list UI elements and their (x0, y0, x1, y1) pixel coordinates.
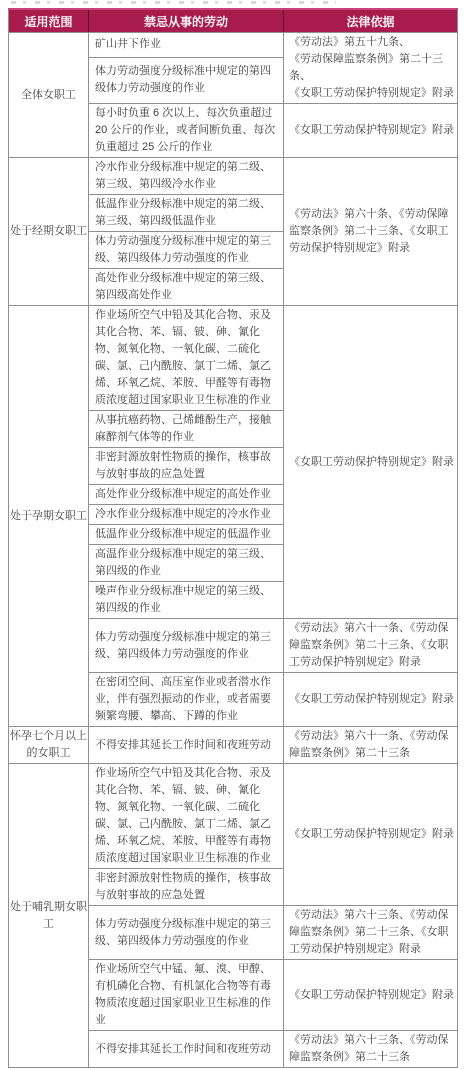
work-cell: 非密封源放射性物质的操作，核事故与放射事故的应急处置 (89, 869, 284, 906)
work-cell: 非密封源放射性物质的操作，核事故与放射事故的应急处置 (89, 448, 284, 485)
work-cell: 体力劳动强度分级标准中规定的第三级、第四级体力劳动强度的作业 (89, 906, 284, 960)
legal-cell: 《劳动法》第六十三条、《劳动保障监察条例》第二十三条 (284, 1031, 458, 1068)
work-cell: 冷水作业分级标准中规定的冷水作业 (89, 505, 284, 525)
table-row: 处于经期女职工冷水作业分级标准中规定的第二级、第三级、第四级冷水作业《劳动法》第… (9, 158, 458, 195)
scope-cell: 处于经期女职工 (9, 158, 89, 306)
work-cell: 噪声作业分级标准中规定的第三级、第四级的作业 (89, 582, 284, 619)
table-row: 怀孕七个月以上的女职工不得安排其延长工作时间和夜班劳动《劳动法》第六十一条、《劳… (9, 727, 458, 764)
work-cell: 从事抗癌药物、己烯雌酚生产，接触麻醉剂气体等的作业 (89, 411, 284, 448)
scope-cell: 处于哺乳期女职工 (9, 764, 89, 1068)
work-cell: 作业场所空气中锰、氟、溴、甲醇、有机磷化合物、有机氯化合物等有毒物质浓度超过国家… (89, 960, 284, 1031)
work-cell: 冷水作业分级标准中规定的第二级、第三级、第四级冷水作业 (89, 158, 284, 195)
legal-cell: 《劳动法》第五十九条、 《劳动保障监察条例》第二十三条、 《女职工劳动保护特别规… (284, 33, 458, 104)
legal-cell: 《劳动法》第六十一条、《劳动保障监察条例》第二十三条、《女职工劳动保护特别规定》… (284, 619, 458, 673)
work-cell: 在密闭空间、高压室作业或者潜水作业，伴有强烈振动的作业，或者需要频繁弯腰、攀高、… (89, 673, 284, 727)
scope-cell: 怀孕七个月以上的女职工 (9, 727, 89, 764)
table-row: 全体女职工矿山井下作业《劳动法》第五十九条、 《劳动保障监察条例》第二十三条、 … (9, 33, 458, 58)
work-cell: 体力劳动强度分级标准中规定的第三级、第四级体力劳动强度的作业 (89, 619, 284, 673)
table-header: 适用范围 禁忌从事的劳动 法律依据 (9, 9, 458, 33)
legal-cell: 《女职工劳动保护特别规定》附录 (284, 960, 458, 1031)
table-row: 处于孕期女职工作业场所空气中铅及其化合物、汞及其化合物、苯、镉、铍、砷、氰化物、… (9, 306, 458, 411)
legal-cell: 《女职工劳动保护特别规定》附录 (284, 306, 458, 619)
legal-cell: 《女职工劳动保护特别规定》附录 (284, 764, 458, 906)
scope-cell: 全体女职工 (9, 33, 89, 158)
work-cell: 低温作业分级标准中规定的低温作业 (89, 525, 284, 545)
column-header-legal-basis: 法律依据 (284, 9, 458, 33)
work-cell: 低温作业分级标准中规定的第二级、第三级、第四级低温作业 (89, 195, 284, 232)
work-cell: 不得安排其延长工作时间和夜班劳动 (89, 1031, 284, 1068)
table-row: 处于哺乳期女职工作业场所空气中铅及其化合物、汞及其化合物、苯、镉、铍、砷、氰化物… (9, 764, 458, 869)
cropped-text-artifact (11, 1, 336, 4)
work-cell: 体力劳动强度分级标准中规定的第三级、第四级体力劳动强度的作业 (89, 232, 284, 269)
column-header-scope: 适用范围 (9, 9, 89, 33)
work-cell: 作业场所空气中铅及其化合物、汞及其化合物、苯、镉、铍、砷、氰化物、氮氧化物、一氧… (89, 764, 284, 869)
work-cell: 矿山井下作业 (89, 33, 284, 58)
legal-cell: 《女职工劳动保护特别规定》附录 (284, 673, 458, 727)
regulations-table: 适用范围 禁忌从事的劳动 法律依据 全体女职工矿山井下作业《劳动法》第五十九条、… (8, 8, 458, 1068)
legal-cell: 《劳动法》第六十条、《劳动保障监察条例》第二十三条、《女职工劳动保护特别规定》附… (284, 158, 458, 306)
work-cell: 不得安排其延长工作时间和夜班劳动 (89, 727, 284, 764)
work-cell: 体力劳动强度分级标准中规定的第四级体力劳动强度的作业 (89, 57, 284, 103)
legal-cell: 《女职工劳动保护特别规定》附录 (284, 104, 458, 158)
header-row: 适用范围 禁忌从事的劳动 法律依据 (9, 9, 458, 33)
legal-cell: 《劳动法》第六十三条、《劳动保障监察条例》第二十三条、《女职工劳动保护特别规定》… (284, 906, 458, 960)
work-cell: 作业场所空气中铅及其化合物、汞及其化合物、苯、镉、铍、砷、氰化物、氮氧化物、一氧… (89, 306, 284, 411)
work-cell: 高温作业分级标准中规定的第三级、第四级的作业 (89, 545, 284, 582)
work-cell: 高处作业分级标准中规定的高处作业 (89, 485, 284, 505)
column-header-prohibited-labor: 禁忌从事的劳动 (89, 9, 284, 33)
table-body: 全体女职工矿山井下作业《劳动法》第五十九条、 《劳动保障监察条例》第二十三条、 … (9, 33, 458, 1068)
page: 适用范围 禁忌从事的劳动 法律依据 全体女职工矿山井下作业《劳动法》第五十九条、… (0, 0, 464, 1070)
work-cell: 每小时负重 6 次以上、每次负重超过 20 公斤的作业，或者间断负重、每次负重超… (89, 104, 284, 158)
legal-cell: 《劳动法》第六十一条、《劳动保障监察条例》第二十三条 (284, 727, 458, 764)
scope-cell: 处于孕期女职工 (9, 306, 89, 727)
work-cell: 高处作业分级标准中规定的第三级、第四级高处作业 (89, 269, 284, 306)
